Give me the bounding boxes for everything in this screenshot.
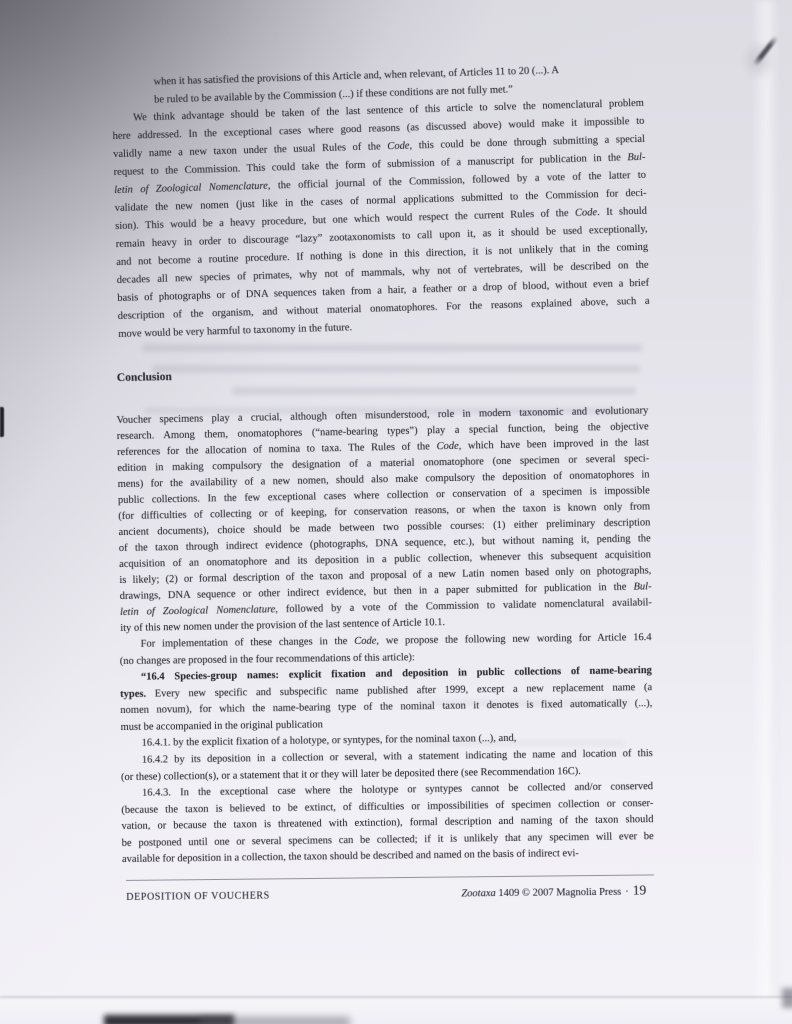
text-run: Code: [387, 141, 409, 153]
issue-copyright: 1409 © 2007 Magnolia Press: [498, 887, 621, 899]
text-run: , we propose the following new wording f…: [376, 632, 651, 647]
paragraph-conclusion: Voucher specimens play a crucial, althou…: [116, 403, 652, 637]
journal-citation: Zootaxa 1409 © 2007 Magnolia Press·19: [461, 882, 646, 900]
scanned-page: when it has satisfied the provisions of …: [0, 0, 792, 1024]
edge-object: [0, 407, 4, 437]
text-run: must be accompanied in the original publ…: [120, 719, 323, 733]
text-run: , which have been improved in the last: [459, 437, 649, 451]
paper-sheen: [752, 0, 778, 1024]
footer-rule: [126, 874, 654, 881]
document-body: when it has satisfied the provisions of …: [114, 68, 655, 903]
text-run: (no changes are proposed in the four rec…: [120, 651, 415, 666]
desk-shadow: [200, 1017, 350, 1024]
text-run: move would be very harmful to taxonomy i…: [118, 322, 352, 340]
separator-dot: ·: [625, 887, 629, 898]
text-run: Bul-: [627, 152, 645, 164]
section-heading-conclusion: Conclusion: [117, 360, 649, 386]
text-run: letin of Zoological Nomenclature: [120, 604, 276, 618]
journal-name: Zootaxa: [461, 888, 496, 899]
text-run: Code: [575, 207, 597, 219]
page-footer: DEPOSITION OF VOUCHERSZootaxa 1409 © 200…: [122, 874, 654, 904]
text-run: letin of Zoological Nomenclature: [114, 181, 268, 196]
text-run: . It should: [597, 206, 647, 218]
paragraph-article-16-4-3: 16.4.3. In the exceptional case where th…: [121, 779, 654, 869]
text-run: types.: [120, 688, 146, 699]
text-run: Code: [354, 635, 376, 646]
paragraph-commission-procedure: We think advantage should be taken of th…: [112, 95, 651, 344]
text-run: 16.4.1. by the explicit fixation of a ho…: [142, 733, 517, 749]
text-run: For implementation of these changes in t…: [141, 636, 355, 650]
desk-shadow: [782, 988, 792, 1008]
paragraph-article-16-4: “16.4 Species-group names: explicit fixa…: [120, 663, 653, 736]
text-run: Conclusion: [117, 371, 172, 384]
text-run: available for deposition in a collection…: [122, 848, 579, 865]
page-number: 19: [633, 882, 647, 897]
text-run: Code: [436, 440, 458, 451]
text-run: Bul-: [633, 581, 651, 592]
text-run: ity of this new nomen under the provisio…: [120, 617, 445, 634]
footer-row: DEPOSITION OF VOUCHERSZootaxa 1409 © 200…: [122, 882, 654, 904]
text-line: Conclusion: [117, 360, 649, 386]
running-title: DEPOSITION OF VOUCHERS: [126, 890, 270, 903]
